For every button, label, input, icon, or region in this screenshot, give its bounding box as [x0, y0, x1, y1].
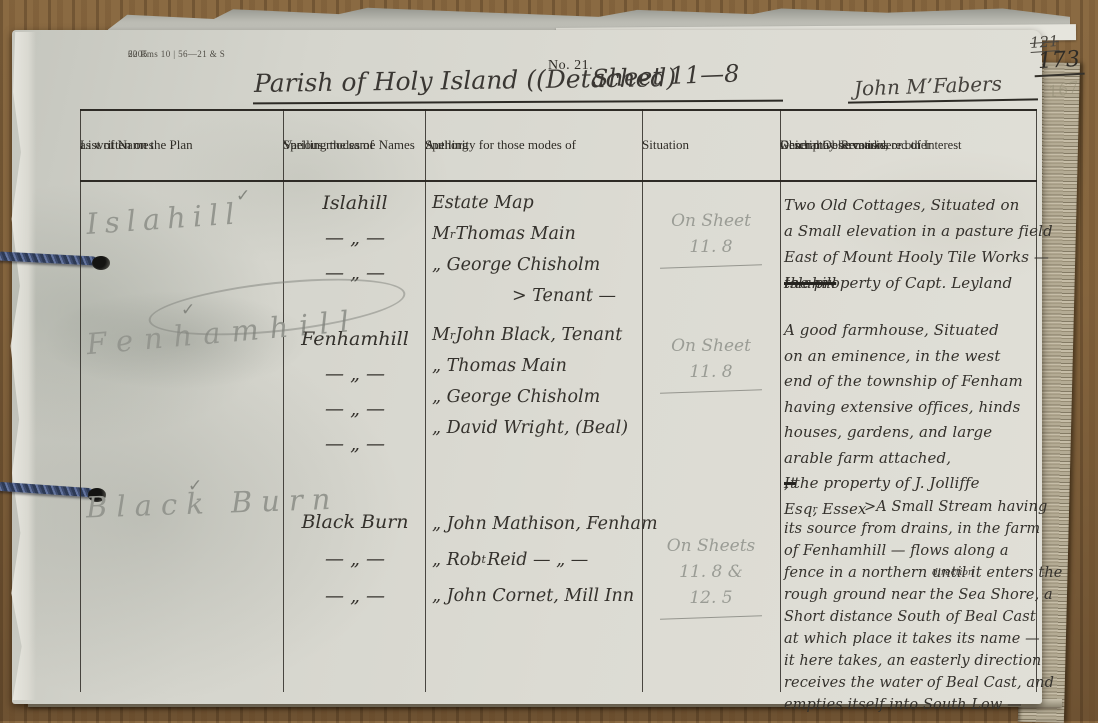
table-vertical-rule — [780, 109, 781, 692]
table-vertical-rule — [425, 109, 426, 692]
header-line: which may be considered of Interest — [780, 136, 962, 155]
print-code-line: 6205 — [128, 49, 148, 59]
binding-hole — [88, 488, 106, 502]
sheet-number-handwritten: Sheet 11—8 — [592, 59, 740, 92]
photographed-name-book-page: 20 Rms 10 | 56—21 & S 6205 No. 21. Paris… — [0, 0, 1098, 721]
header-line: as written on the Plan — [80, 132, 193, 158]
header-line: Spelling the same Names — [283, 132, 415, 158]
table-vertical-rule — [283, 109, 284, 692]
column-header-situation: Situation — [642, 110, 780, 180]
header-line: Situation — [642, 132, 689, 158]
page-number: 173 — [1033, 47, 1084, 78]
table-vertical-rule — [1036, 109, 1037, 692]
column-header-remarks: Descriptive Remarks, or other General Ob… — [780, 110, 1036, 180]
table-header-rule — [80, 180, 1037, 182]
column-header-names: List of Names as written on the Plan — [80, 110, 283, 180]
table-vertical-rule — [80, 109, 81, 692]
header-line: Spelling — [425, 132, 468, 158]
column-header-spelling: Various modes of Spelling the same Names — [283, 110, 425, 180]
examiner-signature: John M’Fabers — [854, 71, 1003, 100]
column-header-authority: Authority for those modes of Spelling — [425, 110, 642, 180]
binding-hole — [92, 256, 110, 270]
table-vertical-rule — [642, 109, 643, 692]
